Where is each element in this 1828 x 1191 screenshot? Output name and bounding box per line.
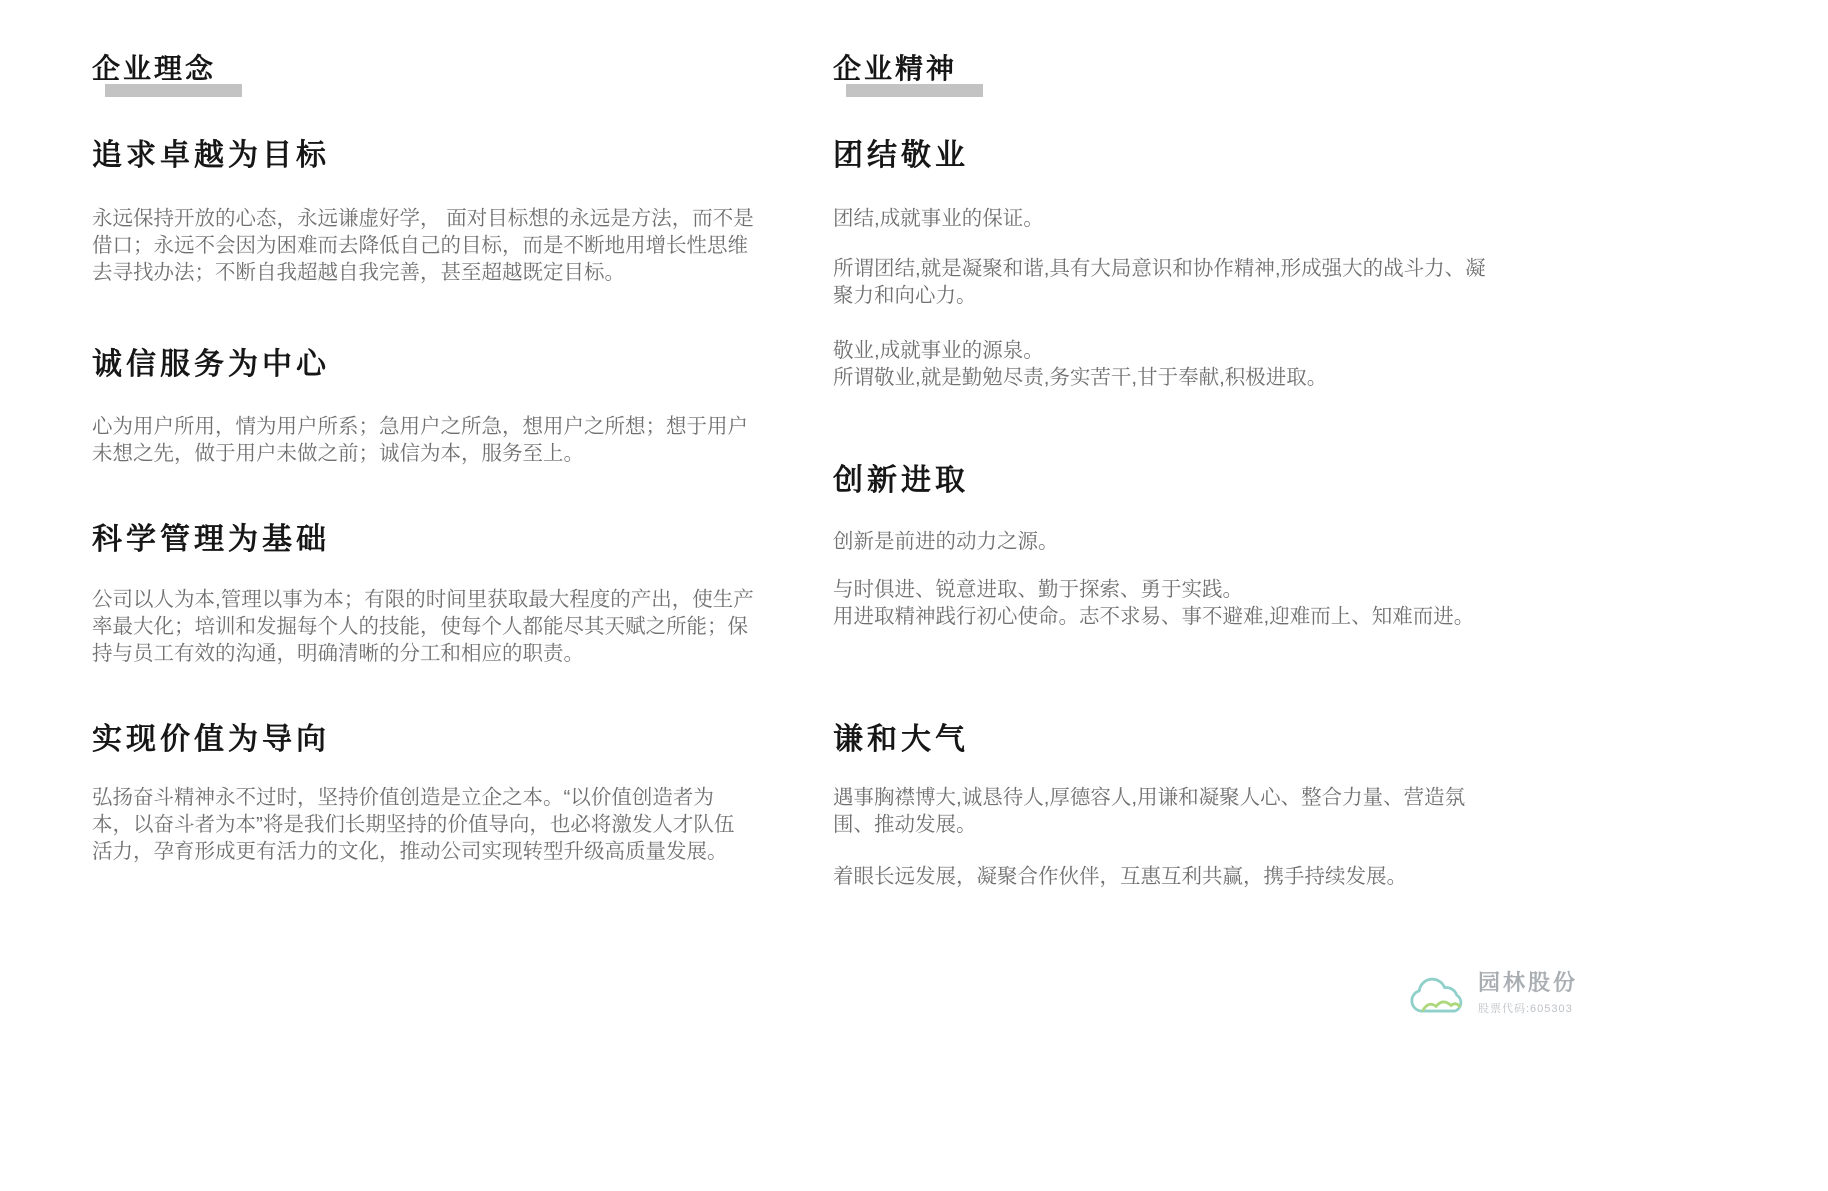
section-paragraph: 创新是前进的动力之源。 <box>833 528 1495 555</box>
corporate-spirit-column: 企业精神 团结敬业 团结,成就事业的保证。 所谓团结,就是凝聚和谐,具有大局意识… <box>833 0 1495 1191</box>
title-highlight-bar <box>846 84 983 97</box>
logo-text-block: 园林股份 股票代码:605303 <box>1478 970 1578 1016</box>
logo-company-name: 园林股份 <box>1478 970 1578 996</box>
cloud-garden-icon <box>1408 974 1468 1020</box>
left-column-title-block: 企业理念 <box>92 52 216 85</box>
section-heading-integrity-service: 诚信服务为中心 <box>92 347 330 383</box>
section-heading-innovation: 创新进取 <box>833 463 969 499</box>
section-heading-pursue-excellence: 追求卓越为目标 <box>92 138 330 174</box>
section-paragraph: 永远保持开放的心态，永远谦虚好学， 面对目标想的永远是方法，而不是借口；永远不会… <box>92 205 754 286</box>
page-title-philosophy: 企业理念 <box>92 52 216 85</box>
section-heading-scientific-management: 科学管理为基础 <box>92 522 330 558</box>
section-heading-value-oriented: 实现价值为导向 <box>92 722 330 758</box>
section-paragraph: 敬业,成就事业的源泉。 所谓敬业,就是勤勉尽责,务实苦干,甘于奉献,积极进取。 <box>833 337 1495 391</box>
section-heading-modesty-magnanimity: 谦和大气 <box>833 722 969 758</box>
corporate-philosophy-column: 企业理念 追求卓越为目标 永远保持开放的心态，永远谦虚好学， 面对目标想的永远是… <box>92 0 754 1191</box>
section-paragraph: 着眼长远发展，凝聚合作伙伴，互惠互利共赢，携手持续发展。 <box>833 863 1495 890</box>
section-paragraph: 团结,成就事业的保证。 <box>833 205 1495 232</box>
logo-stock-code: 股票代码:605303 <box>1478 1000 1578 1016</box>
section-paragraph: 所谓团结,就是凝聚和谐,具有大局意识和协作精神,形成强大的战斗力、凝聚力和向心力… <box>833 255 1495 309</box>
company-logo: 园林股份 股票代码:605303 <box>1408 970 1578 1020</box>
section-paragraph: 遇事胸襟博大,诚恳待人,厚德容人,用谦和凝聚人心、整合力量、营造氛围、推动发展。 <box>833 784 1495 838</box>
section-paragraph: 与时俱进、锐意进取、勤于探索、勇于实践。 用进取精神践行初心使命。志不求易、事不… <box>833 576 1495 630</box>
section-paragraph: 公司以人为本,管理以事为本；有限的时间里获取最大程度的产出，使生产率最大化；培训… <box>92 586 754 667</box>
title-highlight-bar <box>105 84 242 97</box>
section-paragraph: 心为用户所用，情为用户所系；急用户之所急，想用户之所想；想于用户未想之先，做于用… <box>92 413 754 467</box>
section-paragraph: 弘扬奋斗精神永不过时，坚持价值创造是立企之本。“以价值创造者为本，以奋斗者为本”… <box>92 784 754 865</box>
section-heading-unity-dedication: 团结敬业 <box>833 138 969 174</box>
page-title-spirit: 企业精神 <box>833 52 957 85</box>
right-column-title-block: 企业精神 <box>833 52 957 85</box>
